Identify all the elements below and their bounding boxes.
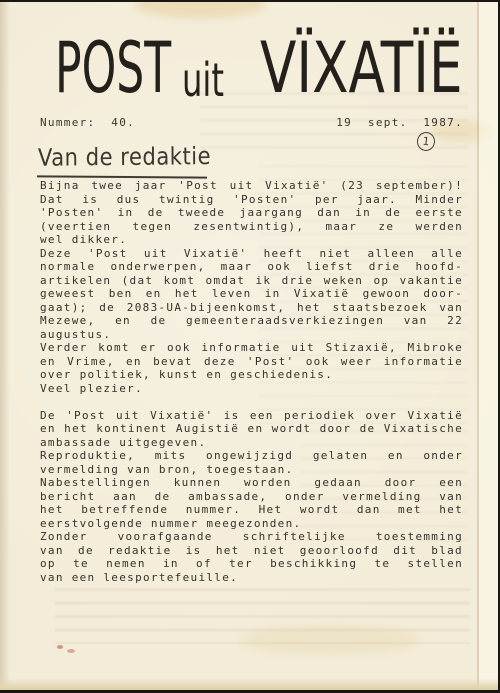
text-line: (veertien tegen zesentwintig), maar ze w… [40,220,463,234]
text-line: gaat); de 2083-UA-bijeenkomst, het staat… [40,301,463,315]
text-line: van een leesportefeuille. [40,571,463,585]
paragraph: De 'Post uit Vixatië' is een periodiek o… [40,409,463,450]
text-line: wel dikker. [40,233,463,247]
text-line: Deze 'Post uit Vixatië' heeft niet allee… [40,247,463,261]
text-line: geweest ben en het leven in Vixatië gewo… [40,287,463,301]
text-line: augustus. [40,328,463,342]
text-line: artikelen (dat komt omdat ik drie weken … [40,274,463,288]
issue-date-label: 19 sept. 1987. [336,116,463,129]
section-heading: Van de redaktie [38,143,211,172]
ink-speck [57,645,63,649]
text-line: eerstvolgende nummer meegezonden. [40,517,463,531]
issue-number-label: Nummer: 40. [40,116,135,129]
text-line: Zonder voorafgaande schriftelijke toeste… [40,530,463,544]
text-line: en het kontinent Augistië en wordt door … [40,422,463,436]
issue-line: Nummer: 40. 19 sept. 1987. [40,116,463,129]
text-line: normale onderwerpen, maar ook liefst dri… [40,260,463,274]
masthead-title-vixatie: VÏXATÏË [260,33,463,103]
paragraph: Reproduktie, mits ongewijzigd gelaten en… [40,449,463,476]
paragraph: Nabestellingen kunnen worden gedaan door… [40,476,463,530]
text-line: het betreffende nummer. Het wordt dan me… [40,503,463,517]
text-line: 'Posten' in de tweede jaargang dan in de… [40,206,463,220]
text-line [40,395,463,409]
paragraph: Verder komt er ook informatie uit Stizax… [40,341,463,382]
paragraph: Deze 'Post uit Vixatië' heeft niet allee… [40,247,463,342]
text-line: bericht aan de ambassade, onder vermeldi… [40,490,463,504]
text-line: Dat is dus twintig 'Posten' per jaar. Mi… [40,193,463,207]
paragraph: Bijna twee jaar 'Post uit Vixatië' (23 s… [40,179,463,247]
masthead: POST uit VÏXATÏË [0,0,500,110]
text-line: Reproduktie, mits ongewijzigd gelaten en… [40,449,463,463]
text-line: Verder komt er ook informatie uit Stizax… [40,341,463,355]
scanned-newsletter-page: POST uit VÏXATÏË Nummer: 40. 19 sept. 19… [0,0,500,693]
text-line: Bijna twee jaar 'Post uit Vixatië' (23 s… [40,179,463,193]
text-line: Veel plezier. [40,382,463,396]
masthead-title-uit: uit [182,57,224,103]
article-body: Bijna twee jaar 'Post uit Vixatië' (23 s… [40,179,463,584]
paragraph: Veel plezier. [40,382,463,396]
text-line: over politiek, kunst en geschiedenis. [40,368,463,382]
text-line: vermelding van bron, toegestaan. [40,463,463,477]
ink-bleedthrough-texture [55,588,470,644]
text-line: en Vrime, en bevat deze 'Post' ook weer … [40,355,463,369]
text-line: Nabestellingen kunnen worden gedaan door… [40,476,463,490]
text-line: ambassade uitgegeven. [40,436,463,450]
scan-edge-top [0,0,500,2]
text-line: Mezewe, en de gemeenteraadsverkiezingen … [40,314,463,328]
page-number: 1 [422,135,431,149]
paragraph: Zonder voorafgaande schriftelijke toeste… [40,530,463,584]
ink-speck [67,649,75,653]
text-line: van de redaktie is het niet geoorloofd d… [40,544,463,558]
paragraph [40,395,463,409]
text-line: De 'Post uit Vixatië' is een periodiek o… [40,409,463,423]
masthead-title-post: POST [55,33,171,103]
text-line: op te nemen in of ter beschikking te ste… [40,557,463,571]
